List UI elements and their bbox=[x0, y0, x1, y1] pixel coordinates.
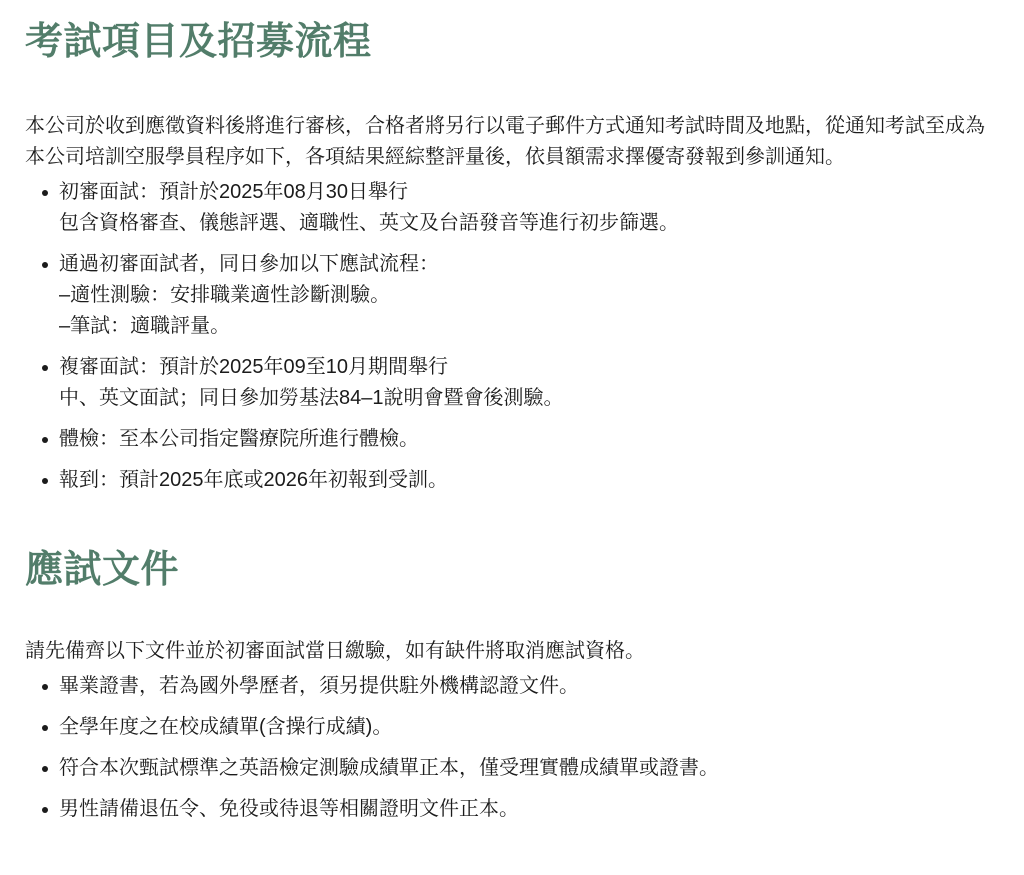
list-item: 通過初審面試者，同日參加以下應試流程： –適性測驗：安排職業適性診斷測驗。 –筆… bbox=[25, 249, 994, 342]
recruitment-intro-paragraph: 本公司於收到應徵資料後將進行審核，合格者將另行以電子郵件方式通知考試時間及地點，… bbox=[25, 111, 994, 173]
list-item: 體檢：至本公司指定醫療院所進行體檢。 bbox=[25, 424, 994, 455]
document-page: 考試項目及招募流程 本公司於收到應徵資料後將進行審核，合格者將另行以電子郵件方式… bbox=[0, 0, 1024, 875]
recruitment-steps-list: 初審面試：預計於2025年08月30日舉行 包含資格審查、儀態評選、適職性、英文… bbox=[25, 177, 994, 496]
section-title-application-documents: 應試文件 bbox=[25, 548, 994, 592]
list-item: 男性請備退伍令、免役或待退等相關證明文件正本。 bbox=[25, 794, 994, 825]
list-item: 畢業證書，若為國外學歷者，須另提供駐外機構認證文件。 bbox=[25, 671, 994, 702]
required-documents-list: 畢業證書，若為國外學歷者，須另提供駐外機構認證文件。全學年度之在校成績單(含操行… bbox=[25, 671, 994, 825]
documents-intro-paragraph: 請先備齊以下文件並於初審面試當日繳驗，如有缺件將取消應試資格。 bbox=[25, 636, 994, 667]
list-item: 全學年度之在校成績單(含操行成績)。 bbox=[25, 712, 994, 743]
list-item: 初審面試：預計於2025年08月30日舉行 包含資格審查、儀態評選、適職性、英文… bbox=[25, 177, 994, 239]
list-item: 符合本次甄試標準之英語檢定測驗成績單正本，僅受理實體成績單或證書。 bbox=[25, 753, 994, 784]
list-item: 報到：預計2025年底或2026年初報到受訓。 bbox=[25, 465, 994, 496]
section-title-exam-and-recruitment-process: 考試項目及招募流程 bbox=[25, 20, 994, 64]
list-item: 複審面試：預計於2025年09至10月期間舉行 中、英文面試；同日參加勞基法84… bbox=[25, 352, 994, 414]
